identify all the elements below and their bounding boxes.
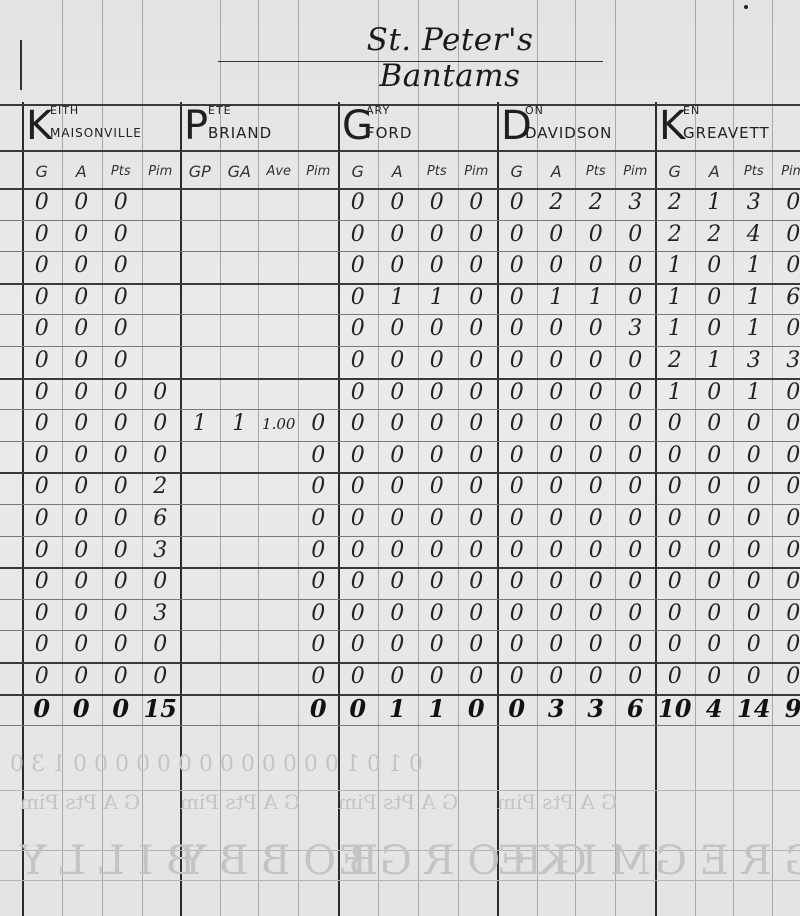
stat-cell: 0: [695, 314, 735, 344]
stat-cell: 0: [417, 662, 457, 692]
player-last-name: GREAVETT: [683, 124, 770, 142]
page-title: St. Peter's Bantams: [300, 22, 600, 94]
stat-cell: 0: [338, 536, 378, 566]
column-header: Pim: [457, 160, 497, 184]
column-header: G: [338, 160, 378, 184]
stat-cell: 0: [655, 630, 695, 660]
stat-cell: 0: [101, 346, 141, 376]
player-header: DONDAVIDSON: [497, 104, 655, 154]
player-last-name: FORD: [366, 124, 412, 142]
bleed-through-text: G A Pts Pim: [180, 790, 300, 814]
stat-cell: 0: [417, 567, 457, 597]
stat-cell: 0: [576, 472, 616, 502]
stat-cell: 0: [417, 188, 457, 218]
stat-cell: 0: [22, 441, 62, 471]
stat-cell: 0: [537, 567, 577, 597]
stat-cell: 0: [141, 567, 181, 597]
stat-cell: 0: [655, 441, 695, 471]
column-header: Pim: [774, 160, 800, 184]
stat-cell: 0: [62, 251, 102, 281]
stat-cell: 0: [62, 630, 102, 660]
stat-cell: 0: [101, 220, 141, 250]
stat-cell: 0: [22, 220, 62, 250]
stat-cell: 0: [457, 346, 497, 376]
stat-cell: 0: [417, 220, 457, 250]
bleed-through-text: G A Pts Pim: [338, 790, 458, 814]
stat-cell: 0: [537, 504, 577, 534]
bleed-through-text: M I K E: [497, 838, 651, 884]
player-header: PETEBRIAND: [180, 104, 338, 154]
bleed-through-text: G A Pts Pim: [497, 790, 617, 814]
stat-cell: 0: [695, 409, 735, 439]
stat-cell: 0: [774, 504, 800, 534]
stat-cell: 0: [22, 504, 62, 534]
stat-cell: 0: [497, 630, 537, 660]
player-first-name: ON: [525, 104, 544, 117]
stat-cell: 0: [22, 599, 62, 629]
stat-cell: 0: [338, 283, 378, 313]
stat-cell: 0: [734, 599, 774, 629]
stat-cell: 0: [417, 630, 457, 660]
stat-cell: 0: [338, 441, 378, 471]
row-rule: [0, 790, 800, 791]
stat-cell: 1: [180, 409, 220, 439]
stat-cell: 0: [338, 630, 378, 660]
stat-cell: 0: [22, 283, 62, 313]
stat-cell: 0: [774, 662, 800, 692]
total-cell: 6: [616, 694, 656, 724]
stat-cell: 0: [378, 472, 418, 502]
stat-cell: 3: [774, 346, 800, 376]
column-header: G: [497, 160, 537, 184]
stat-cell: 0: [338, 188, 378, 218]
stat-cell: 0: [299, 630, 339, 660]
stat-cell: 0: [655, 409, 695, 439]
stat-cell: 0: [695, 567, 735, 597]
stat-cell: 0: [576, 536, 616, 566]
stat-cell: 0: [497, 220, 537, 250]
stat-cell: 1: [695, 346, 735, 376]
stat-cell: 0: [417, 504, 457, 534]
stat-cell: 0: [616, 630, 656, 660]
stat-cell: 0: [497, 283, 537, 313]
stat-cell: 0: [616, 472, 656, 502]
stat-cell: 0: [616, 441, 656, 471]
total-cell: 0: [338, 694, 378, 724]
stat-cell: 0: [299, 441, 339, 471]
stat-cell: 0: [101, 536, 141, 566]
column-header: Pim: [299, 160, 339, 184]
stat-cell: 0: [457, 662, 497, 692]
stat-cell: 0: [62, 346, 102, 376]
stat-cell: 3: [141, 599, 181, 629]
player-last-name: BRIAND: [208, 124, 272, 142]
total-cell: 0: [497, 694, 537, 724]
column-header: GA: [220, 160, 260, 184]
player-header: GARYFORD: [338, 104, 496, 154]
stat-cell: 0: [457, 314, 497, 344]
stat-cell: 1: [734, 283, 774, 313]
stat-cell: 0: [576, 630, 616, 660]
stat-cell: 0: [62, 662, 102, 692]
player-header: KEITHMAISONVILLE: [22, 104, 180, 154]
stat-cell: 0: [576, 567, 616, 597]
stat-cell: 0: [457, 536, 497, 566]
stat-cell: 0: [338, 504, 378, 534]
column-header: GP: [180, 160, 220, 184]
stat-cell: 0: [62, 188, 102, 218]
stat-cell: 0: [695, 378, 735, 408]
stat-cell: 0: [338, 314, 378, 344]
stat-cell: 0: [537, 378, 577, 408]
stat-cell: 2: [537, 188, 577, 218]
stat-cell: 0: [774, 472, 800, 502]
stat-cell: 0: [417, 536, 457, 566]
stat-cell: 0: [774, 314, 800, 344]
stat-cell: 0: [417, 472, 457, 502]
stat-cell: 0: [537, 536, 577, 566]
stat-cell: 1.00: [259, 409, 299, 439]
stat-cell: 0: [576, 599, 616, 629]
stat-cell: 0: [655, 504, 695, 534]
stat-cell: 0: [576, 251, 616, 281]
stat-cell: 0: [378, 630, 418, 660]
stat-cell: 0: [497, 251, 537, 281]
stat-cell: 0: [457, 567, 497, 597]
stat-cell: 0: [141, 409, 181, 439]
column-header: Pim: [616, 160, 656, 184]
stat-cell: 1: [417, 283, 457, 313]
player-header: KENGREAVETT: [655, 104, 800, 154]
ledger-sheet: St. Peter's Bantams KEITHMAISONVILLEGAPt…: [0, 0, 800, 916]
stat-cell: 2: [576, 188, 616, 218]
stat-cell: 0: [62, 567, 102, 597]
stat-cell: 0: [537, 441, 577, 471]
stat-cell: 0: [457, 599, 497, 629]
stat-cell: 0: [616, 409, 656, 439]
stat-cell: 0: [576, 314, 616, 344]
stat-cell: 0: [101, 188, 141, 218]
stat-cell: 3: [734, 346, 774, 376]
stat-cell: 0: [537, 409, 577, 439]
stat-cell: 2: [655, 220, 695, 250]
column-header: G: [655, 160, 695, 184]
stat-cell: 0: [101, 662, 141, 692]
stat-cell: 0: [616, 346, 656, 376]
stat-cell: 0: [457, 251, 497, 281]
stat-cell: 0: [695, 504, 735, 534]
stat-cell: 0: [774, 251, 800, 281]
stat-cell: 0: [497, 567, 537, 597]
stat-cell: 0: [62, 599, 102, 629]
stat-cell: 1: [734, 378, 774, 408]
stat-cell: 0: [576, 346, 616, 376]
row-rule: [0, 725, 800, 726]
stat-cell: 0: [22, 662, 62, 692]
stat-cell: 3: [141, 536, 181, 566]
stat-cell: 0: [695, 599, 735, 629]
bleed-through-text: B O B B Y: [180, 838, 378, 884]
stat-cell: 0: [576, 504, 616, 534]
stat-cell: 0: [497, 662, 537, 692]
total-cell: 0: [62, 694, 102, 724]
total-cell: 0: [22, 694, 62, 724]
stat-cell: 0: [497, 346, 537, 376]
stat-cell: 0: [497, 378, 537, 408]
total-cell: 4: [695, 694, 735, 724]
stat-cell: 0: [62, 504, 102, 534]
stat-cell: 0: [62, 283, 102, 313]
column-header: A: [378, 160, 418, 184]
stat-cell: 0: [62, 441, 102, 471]
stat-cell: 0: [338, 599, 378, 629]
stat-cell: 0: [378, 409, 418, 439]
stat-cell: 0: [537, 251, 577, 281]
player-first-name: EN: [683, 104, 700, 117]
stat-cell: 0: [22, 314, 62, 344]
stat-cell: 1: [655, 378, 695, 408]
stat-cell: 0: [62, 472, 102, 502]
column-header: G: [22, 160, 62, 184]
stat-cell: 6: [141, 504, 181, 534]
player-initial: P: [184, 104, 208, 148]
total-cell: 3: [537, 694, 577, 724]
player-last-name: MAISONVILLE: [50, 126, 142, 140]
player-last-name: DAVIDSON: [525, 124, 612, 142]
stat-cell: 0: [417, 599, 457, 629]
stat-cell: 0: [22, 536, 62, 566]
stat-cell: 0: [101, 251, 141, 281]
stat-cell: 0: [774, 441, 800, 471]
stat-cell: 0: [378, 346, 418, 376]
stat-cell: 0: [338, 378, 378, 408]
column-header: A: [537, 160, 577, 184]
stat-cell: 0: [457, 283, 497, 313]
player-divider-line: [180, 102, 182, 916]
column-header: Ave: [259, 160, 299, 184]
stat-cell: 0: [576, 220, 616, 250]
stat-cell: 0: [417, 378, 457, 408]
player-initial: K: [26, 104, 52, 148]
player-initial: K: [659, 104, 685, 148]
stat-cell: 0: [457, 441, 497, 471]
stat-cell: 0: [299, 409, 339, 439]
stat-cell: 0: [537, 599, 577, 629]
stat-cell: 2: [695, 220, 735, 250]
stat-cell: 0: [734, 441, 774, 471]
stat-cell: 1: [655, 283, 695, 313]
stat-cell: 0: [616, 504, 656, 534]
title-underline: [218, 61, 603, 62]
stat-cell: 0: [457, 630, 497, 660]
stat-cell: 0: [141, 441, 181, 471]
stat-cell: 0: [774, 567, 800, 597]
total-cell: 0: [101, 694, 141, 724]
stat-cell: 0: [655, 472, 695, 502]
stat-cell: 0: [774, 630, 800, 660]
stat-cell: 0: [695, 630, 735, 660]
stat-cell: 0: [616, 220, 656, 250]
total-cell: 1: [378, 694, 418, 724]
stat-cell: 0: [101, 314, 141, 344]
stat-cell: 0: [497, 409, 537, 439]
stat-cell: 0: [22, 567, 62, 597]
stat-cell: 0: [734, 630, 774, 660]
stat-cell: 0: [576, 378, 616, 408]
stat-cell: 0: [695, 472, 735, 502]
stat-cell: 0: [101, 472, 141, 502]
stat-cell: 0: [338, 220, 378, 250]
stat-cell: 0: [378, 567, 418, 597]
total-cell: 0: [299, 694, 339, 724]
player-first-name: ETE: [208, 104, 232, 117]
stat-cell: 6: [774, 283, 800, 313]
stat-cell: 0: [774, 220, 800, 250]
stat-cell: 0: [695, 536, 735, 566]
column-header: A: [695, 160, 735, 184]
stat-cell: 0: [417, 346, 457, 376]
stat-cell: 0: [734, 504, 774, 534]
stat-cell: 0: [141, 378, 181, 408]
player-first-name: EITH: [50, 104, 79, 117]
stat-cell: 0: [141, 630, 181, 660]
stat-cell: 0: [338, 662, 378, 692]
stat-cell: 0: [378, 251, 418, 281]
stat-cell: 1: [695, 188, 735, 218]
stat-cell: 0: [695, 283, 735, 313]
bleed-through-text: 0 1 0 1 0 0 0 0 0 0 0 0 0 0 0 0 0 1 3 0: [10, 752, 423, 777]
stat-cell: 1: [576, 283, 616, 313]
stat-cell: 0: [378, 220, 418, 250]
stat-cell: 0: [774, 188, 800, 218]
stat-cell: 0: [417, 441, 457, 471]
stat-cell: 1: [655, 251, 695, 281]
stat-cell: 0: [457, 472, 497, 502]
total-cell: 3: [576, 694, 616, 724]
stat-cell: 3: [734, 188, 774, 218]
stat-cell: 0: [734, 409, 774, 439]
stat-cell: 1: [220, 409, 260, 439]
stat-cell: 0: [497, 314, 537, 344]
stat-cell: 0: [537, 220, 577, 250]
stat-cell: 0: [101, 630, 141, 660]
stat-cell: 0: [101, 378, 141, 408]
stat-cell: 0: [101, 504, 141, 534]
stat-cell: 0: [417, 314, 457, 344]
stat-cell: 0: [457, 409, 497, 439]
stat-cell: 0: [497, 188, 537, 218]
stat-cell: 0: [734, 567, 774, 597]
stat-cell: 0: [774, 409, 800, 439]
stat-cell: 3: [616, 314, 656, 344]
stat-cell: 0: [576, 409, 616, 439]
stat-cell: 0: [378, 188, 418, 218]
stat-cell: 0: [695, 251, 735, 281]
stat-cell: 3: [616, 188, 656, 218]
stat-cell: 0: [62, 409, 102, 439]
stat-cell: 0: [378, 504, 418, 534]
stat-cell: 0: [497, 472, 537, 502]
stat-cell: 0: [101, 409, 141, 439]
total-cell: 1: [417, 694, 457, 724]
column-header: Pim: [141, 160, 181, 184]
total-cell: 14: [734, 694, 774, 724]
stat-cell: 0: [457, 504, 497, 534]
stat-cell: 0: [537, 472, 577, 502]
total-cell: 15: [141, 694, 181, 724]
total-cell: 10: [655, 694, 695, 724]
stat-cell: 0: [734, 536, 774, 566]
stat-cell: 0: [299, 567, 339, 597]
stat-cell: 0: [497, 504, 537, 534]
stat-cell: 0: [378, 314, 418, 344]
total-cell: 9: [774, 694, 800, 724]
stat-cell: 0: [417, 251, 457, 281]
column-header: Pts: [417, 160, 457, 184]
stat-cell: 0: [457, 220, 497, 250]
stat-cell: 0: [22, 409, 62, 439]
stat-cell: 0: [695, 441, 735, 471]
stat-cell: 0: [497, 536, 537, 566]
stat-cell: 0: [338, 409, 378, 439]
stat-cell: 0: [62, 536, 102, 566]
stat-cell: 0: [655, 567, 695, 597]
stat-cell: 1: [734, 251, 774, 281]
stat-cell: 0: [62, 378, 102, 408]
stat-cell: 0: [734, 662, 774, 692]
stat-cell: 0: [299, 599, 339, 629]
bleed-through-text: G R E G: [655, 838, 800, 884]
stat-cell: 0: [101, 441, 141, 471]
stat-cell: 0: [457, 378, 497, 408]
column-header: A: [62, 160, 102, 184]
stat-cell: 0: [299, 662, 339, 692]
bleed-through-text: G A Pts Pim: [20, 790, 140, 814]
stat-cell: 0: [655, 599, 695, 629]
stat-cell: 1: [655, 314, 695, 344]
stat-cell: 2: [141, 472, 181, 502]
stat-cell: 0: [101, 567, 141, 597]
stat-cell: 0: [378, 441, 418, 471]
stat-cell: 0: [22, 251, 62, 281]
stat-cell: 2: [655, 346, 695, 376]
stat-cell: 0: [22, 630, 62, 660]
stat-cell: 0: [338, 567, 378, 597]
stat-cell: 0: [457, 188, 497, 218]
stat-cell: 0: [338, 472, 378, 502]
stat-cell: 0: [22, 346, 62, 376]
stat-cell: 0: [774, 599, 800, 629]
stat-cell: 0: [576, 441, 616, 471]
column-header: Pts: [576, 160, 616, 184]
stat-cell: 1: [378, 283, 418, 313]
stat-cell: 0: [616, 536, 656, 566]
stat-cell: 0: [774, 378, 800, 408]
column-header: Pts: [101, 160, 141, 184]
stat-cell: 0: [537, 662, 577, 692]
row-rule: [0, 850, 800, 851]
stat-cell: 2: [655, 188, 695, 218]
stat-cell: 0: [22, 378, 62, 408]
stat-cell: 0: [101, 599, 141, 629]
stat-cell: 0: [655, 536, 695, 566]
stat-cell: 0: [616, 662, 656, 692]
stat-cell: 0: [299, 536, 339, 566]
stat-cell: 0: [62, 220, 102, 250]
stat-cell: 0: [497, 599, 537, 629]
stat-cell: 0: [22, 188, 62, 218]
stat-cell: 0: [22, 472, 62, 502]
